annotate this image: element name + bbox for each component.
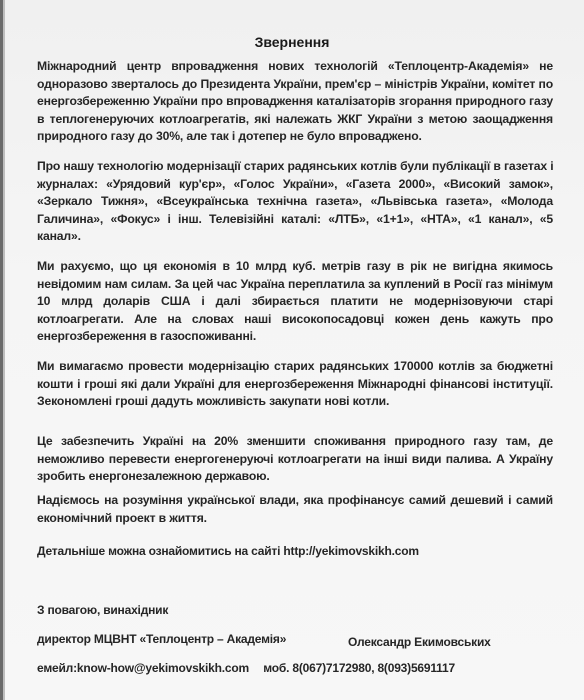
text-line: канал». [37,228,553,246]
details-line: Детальніше можна ознайомитись на сайті h… [37,544,419,558]
paragraph-6: Надіємось на розуміння української влади… [37,492,553,527]
paragraph-4: Ми вимагаємо провести модернізацію стари… [37,358,553,411]
text-line: Ми вимагаємо провести модернізацію стари… [37,358,553,376]
scanned-page: Звернення Міжнародний центр впровадження… [0,0,584,700]
text-line: енергозбереженню України про впровадженн… [37,93,553,111]
signer-name: Олександр Екимовських [348,635,491,649]
text-line: журналах: «Урядовий кур'єр», «Голос Укра… [37,176,553,194]
text-line: Про нашу технологію модернізації старих … [37,158,553,176]
closing-line: З повагою, винахідник [37,603,168,617]
text-line: неможливо перевести енергогенеруючі котл… [37,451,553,469]
text-line: Міжнародний центр впровадження нових тех… [37,58,553,76]
text-line: Зекономлені гроші дадуть можливість заку… [37,393,553,411]
document-title: Звернення [0,34,584,50]
text-line: 10 млрд доларів США і далі збирається пл… [37,293,553,311]
website-link[interactable]: http://yekimovskikh.com [283,544,418,558]
paragraph-2: Про нашу технологію модернізації старих … [37,158,553,246]
text-line: енергозбереження в газоспоживанні. [37,328,553,346]
text-line: природного газу до 30%, але так і дотепе… [37,128,553,146]
phone-numbers: 8(067)7172980, 8(093)5691117 [292,661,455,675]
paragraph-5: Це забезпечить Україні на 20% зменшити с… [37,433,553,486]
text-line: Ми рахуємо, що ця економія в 10 млрд куб… [37,258,553,276]
text-line: котлоагрегати. Але на словах наші високо… [37,311,553,329]
text-line: Це забезпечить Україні на 20% зменшити с… [37,433,553,451]
contact-line: емейл:know-how@yekimovskikh.com моб. 8(0… [37,661,455,675]
text-line: Надіємось на розуміння української влади… [37,492,553,510]
text-line: Галичина», «Фокус» і інш. Телевізійні ка… [37,211,553,229]
signer-position: директор МЦВНТ «Теплоцентр – Академія» [37,632,286,646]
page-edge-highlight [3,0,5,700]
phone-label: моб. [263,661,289,675]
text-line: економічний проект в життя. [37,510,553,528]
text-line: невідомим нам силам. За цей час Україна … [37,276,553,294]
text-line: в теплогенеруючих котлоагрегатів, які на… [37,111,553,129]
text-line: одноразово зверталось до Президента Укра… [37,76,553,94]
details-text: Детальніше можна ознайомитись на сайті [37,544,283,558]
text-line: кошти і гроші які дали Україні для енерг… [37,376,553,394]
email-link[interactable]: know-how@yekimovskikh.com [77,661,249,675]
paragraph-3: Ми рахуємо, що ця економія в 10 млрд куб… [37,258,553,346]
text-line: зробить енергонезалежною державою. [37,468,553,486]
paragraph-1: Міжнародний центр впровадження нових тех… [37,58,553,146]
email-label: емейл: [37,661,77,675]
text-line: «Зеркало Тижня», «Всеукраїнська технічна… [37,193,553,211]
